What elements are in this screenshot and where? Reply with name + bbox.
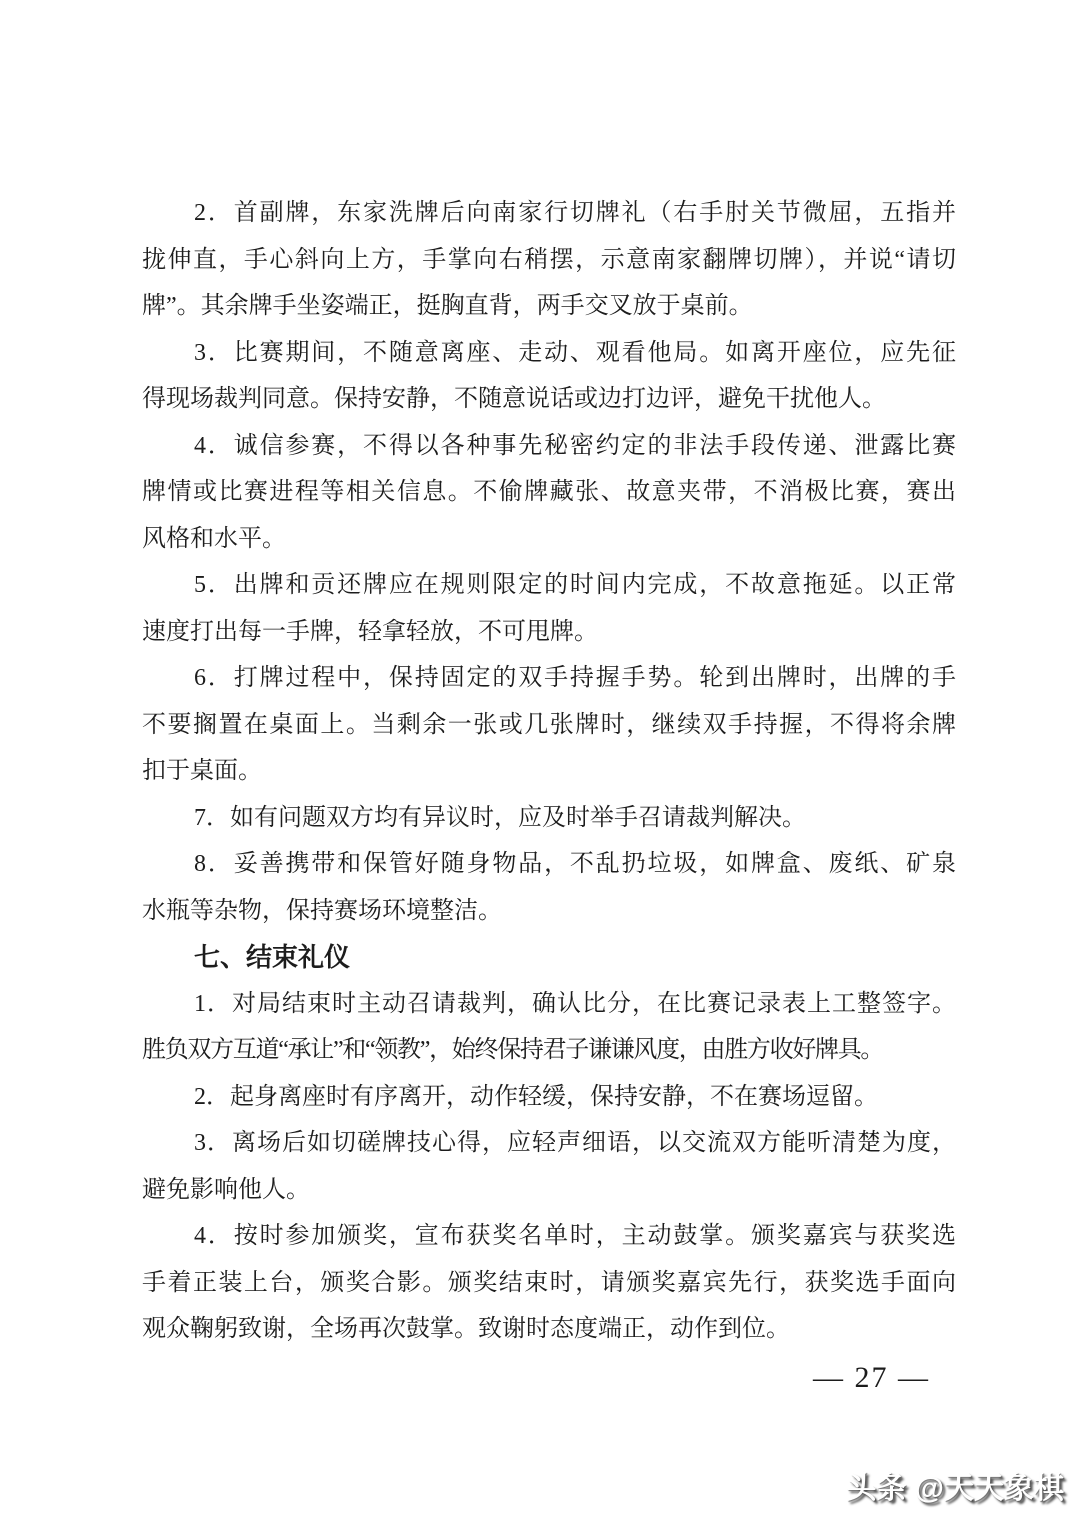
paragraph: 5．出牌和贡还牌应在规则限定的时间内完成，不故意拖延。以正常速度打出每一手牌，轻… xyxy=(142,562,956,655)
text-line: 7．如有问题双方均有异议时，应及时举手召请裁判解决。 xyxy=(142,795,956,842)
text-line: 风格和水平。 xyxy=(142,516,956,563)
paragraph: 8．妥善携带和保管好随身物品，不乱扔垃圾，如牌盒、废纸、矿泉水瓶等杂物，保持赛场… xyxy=(142,841,956,934)
text-line: 2．首副牌，东家洗牌后向南家行切牌礼（右手肘关节微屈，五指并 xyxy=(142,190,956,237)
document-page: 2．首副牌，东家洗牌后向南家行切牌礼（右手肘关节微屈，五指并拢伸直，手心斜向上方… xyxy=(0,0,1080,1526)
text-line: 8．妥善携带和保管好随身物品，不乱扔垃圾，如牌盒、废纸、矿泉 xyxy=(142,841,956,888)
text-line: 观众鞠躬致谢，全场再次鼓掌。致谢时态度端正，动作到位。 xyxy=(142,1306,956,1353)
text-line: 牌”。其余牌手坐姿端正，挺胸直背，两手交叉放于桌前。 xyxy=(142,283,956,330)
document-body: 2．首副牌，东家洗牌后向南家行切牌礼（右手肘关节微屈，五指并拢伸直，手心斜向上方… xyxy=(142,190,956,1353)
text-line: 1．对局结束时主动召请裁判，确认比分，在比赛记录表上工整签字。 xyxy=(142,981,956,1028)
paragraph: 1．对局结束时主动召请裁判，确认比分，在比赛记录表上工整签字。胜负双方互道“承让… xyxy=(142,981,956,1074)
section-heading: 七、结束礼仪 xyxy=(142,934,956,981)
paragraph: 3．离场后如切磋牌技心得，应轻声细语，以交流双方能听清楚为度，避免影响他人。 xyxy=(142,1120,956,1213)
page-number: — 27 — xyxy=(813,1360,930,1396)
section-heading-text: 七、结束礼仪 xyxy=(142,934,956,981)
text-line: 3．比赛期间，不随意离座、走动、观看他局。如离开座位，应先征 xyxy=(142,330,956,377)
text-line: 拢伸直，手心斜向上方，手掌向右稍摆，示意南家翻牌切牌），并说“请切 xyxy=(142,237,956,284)
text-line: 水瓶等杂物，保持赛场环境整洁。 xyxy=(142,888,956,935)
paragraph: 2．首副牌，东家洗牌后向南家行切牌礼（右手肘关节微屈，五指并拢伸直，手心斜向上方… xyxy=(142,190,956,330)
text-line: 5．出牌和贡还牌应在规则限定的时间内完成，不故意拖延。以正常 xyxy=(142,562,956,609)
text-line: 4．按时参加颁奖，宣布获奖名单时，主动鼓掌。颁奖嘉宾与获奖选 xyxy=(142,1213,956,1260)
paragraph: 2．起身离座时有序离开，动作轻缓，保持安静，不在赛场逗留。 xyxy=(142,1074,956,1121)
text-line: 避免影响他人。 xyxy=(142,1167,956,1214)
paragraph: 3．比赛期间，不随意离座、走动、观看他局。如离开座位，应先征得现场裁判同意。保持… xyxy=(142,330,956,423)
text-line: 牌情或比赛进程等相关信息。不偷牌藏张、故意夹带，不消极比赛，赛出 xyxy=(142,469,956,516)
paragraph: 4．诚信参赛，不得以各种事先秘密约定的非法手段传递、泄露比赛牌情或比赛进程等相关… xyxy=(142,423,956,563)
text-line: 不要搁置在桌面上。当剩余一张或几张牌时，继续双手持握，不得将余牌 xyxy=(142,702,956,749)
text-line: 得现场裁判同意。保持安静，不随意说话或边打边评，避免干扰他人。 xyxy=(142,376,956,423)
text-line: 6．打牌过程中，保持固定的双手持握手势。轮到出牌时，出牌的手 xyxy=(142,655,956,702)
paragraph: 6．打牌过程中，保持固定的双手持握手势。轮到出牌时，出牌的手不要搁置在桌面上。当… xyxy=(142,655,956,795)
paragraph: 4．按时参加颁奖，宣布获奖名单时，主动鼓掌。颁奖嘉宾与获奖选手着正装上台，颁奖合… xyxy=(142,1213,956,1353)
text-line: 3．离场后如切磋牌技心得，应轻声细语，以交流双方能听清楚为度， xyxy=(142,1120,956,1167)
text-line: 4．诚信参赛，不得以各种事先秘密约定的非法手段传递、泄露比赛 xyxy=(142,423,956,470)
text-line: 扣于桌面。 xyxy=(142,748,956,795)
text-line: 胜负双方互道“承让”和“领教”，始终保持君子谦谦风度，由胜方收好牌具。 xyxy=(142,1027,956,1074)
watermark-toutiao: 头条 @天天象棋 xyxy=(846,1472,1064,1506)
paragraph: 7．如有问题双方均有异议时，应及时举手召请裁判解决。 xyxy=(142,795,956,842)
text-line: 手着正装上台，颁奖合影。颁奖结束时，请颁奖嘉宾先行，获奖选手面向 xyxy=(142,1260,956,1307)
text-line: 速度打出每一手牌，轻拿轻放，不可甩牌。 xyxy=(142,609,956,656)
text-line: 2．起身离座时有序离开，动作轻缓，保持安静，不在赛场逗留。 xyxy=(142,1074,956,1121)
